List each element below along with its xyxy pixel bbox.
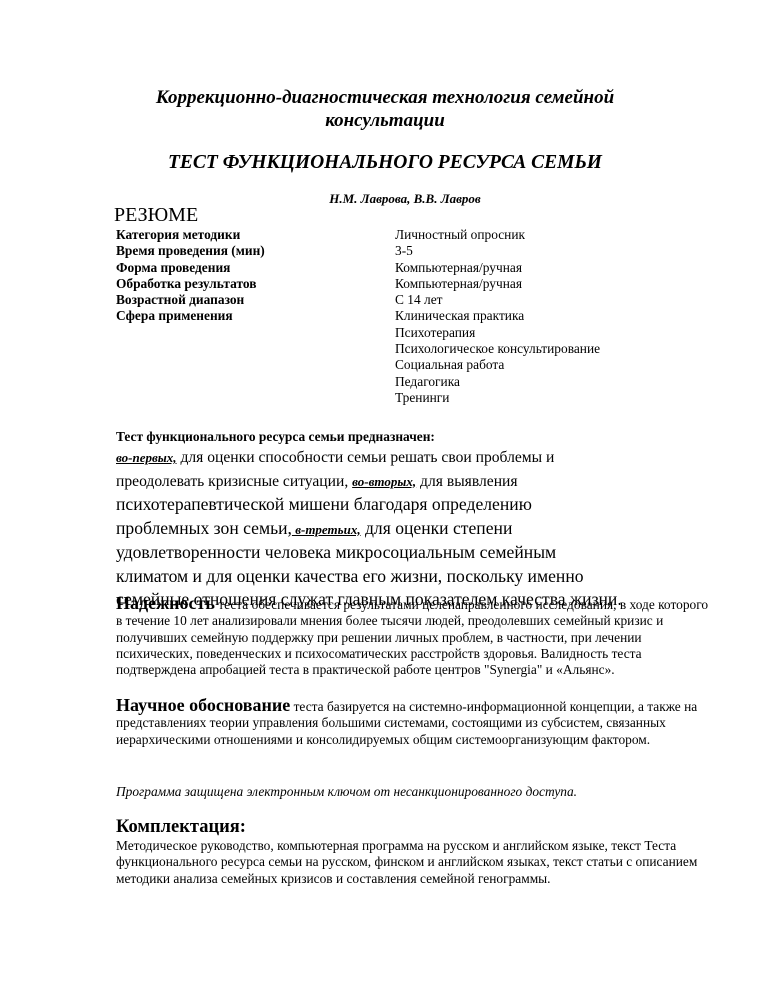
summary-row: Сфера примененияКлиническая практика [116, 308, 716, 324]
summary-value: С 14 лет [395, 292, 716, 308]
title-line-1: Коррекционно-диагностическая технология … [100, 86, 670, 109]
summary-key: Сфера применения [116, 308, 395, 324]
summary-row: Категория методикиЛичностный опросник [116, 227, 716, 243]
summary-key: Возрастной диапазон [116, 292, 395, 308]
purpose-text-2b: психотерапевтической мишени благодаря оп… [116, 494, 532, 514]
summary-key [116, 325, 395, 341]
summary-value: Компьютерная/ручная [395, 260, 716, 276]
summary-value: 3-5 [395, 243, 716, 259]
purpose-text: во-первых, для оценки способности семьи … [116, 446, 716, 612]
summary-row: Социальная работа [116, 357, 716, 373]
science-paragraph: Научное обоснование теста базируется на … [116, 697, 716, 748]
summary-row: Тренинги [116, 390, 716, 406]
reliability-paragraph: Надежность теста обеспечивается результа… [116, 595, 716, 678]
purpose-text-1b: преодолевать кризисные ситуации, [116, 473, 352, 490]
marker-second: во-вторых, [352, 474, 416, 489]
summary-key: Категория методики [116, 227, 395, 243]
summary-row: Психологическое консультирование [116, 341, 716, 357]
purpose-text-3c: климатом и для оценки качества его жизни… [116, 566, 584, 586]
summary-key [116, 390, 395, 406]
document-title: Коррекционно-диагностическая технология … [100, 86, 670, 132]
summary-key: Время проведения (мин) [116, 243, 395, 259]
summary-table: Категория методикиЛичностный опросникВре… [116, 227, 716, 406]
summary-value: Клиническая практика [395, 308, 716, 324]
purpose-section: Тест функционального ресурса семьи предн… [116, 429, 716, 612]
purpose-text-2c: проблемных зон семьи, [116, 518, 292, 538]
summary-value: Компьютерная/ручная [395, 276, 716, 292]
marker-first: во-первых, [116, 450, 177, 465]
summary-row: Психотерапия [116, 325, 716, 341]
summary-key [116, 357, 395, 373]
summary-row: Время проведения (мин)3-5 [116, 243, 716, 259]
document-page: Коррекционно-диагностическая технология … [0, 0, 768, 994]
summary-row: Возрастной диапазонС 14 лет [116, 292, 716, 308]
summary-key [116, 374, 395, 390]
title-line-2: консультации [100, 109, 670, 132]
kit-text: Методическое руководство, компьютерная п… [116, 838, 716, 887]
summary-value: Личностный опросник [395, 227, 716, 243]
summary-value: Психотерапия [395, 325, 716, 341]
summary-value: Тренинги [395, 390, 716, 406]
summary-key: Обработка результатов [116, 276, 395, 292]
summary-value: Психологическое консультирование [395, 341, 716, 357]
summary-row: Обработка результатовКомпьютерная/ручная [116, 276, 716, 292]
purpose-heading: Тест функционального ресурса семьи предн… [116, 429, 716, 445]
summary-value: Социальная работа [395, 357, 716, 373]
marker-third: в-третьих, [292, 522, 361, 537]
summary-row: Форма проведенияКомпьютерная/ручная [116, 260, 716, 276]
purpose-text-1a: для оценки способности семьи решать свои… [177, 449, 555, 466]
summary-row: Педагогика [116, 374, 716, 390]
science-lead: Научное обоснование [116, 695, 290, 715]
purpose-text-3b: удовлетворенности человека микросоциальн… [116, 542, 556, 562]
summary-value: Педагогика [395, 374, 716, 390]
test-title: ТЕСТ ФУНКЦИОНАЛЬНОГО РЕСУРСА СЕМЬИ [100, 151, 670, 175]
summary-key: Форма проведения [116, 260, 395, 276]
kit-heading: Комплектация: [116, 816, 246, 838]
protection-note: Программа защищена электронным ключом от… [116, 784, 577, 800]
summary-key [116, 341, 395, 357]
purpose-text-3a: для оценки степени [361, 518, 513, 538]
resume-heading: РЕЗЮМЕ [114, 203, 198, 227]
reliability-lead: Надежность [116, 593, 215, 613]
purpose-text-2a: для выявления [416, 473, 517, 490]
